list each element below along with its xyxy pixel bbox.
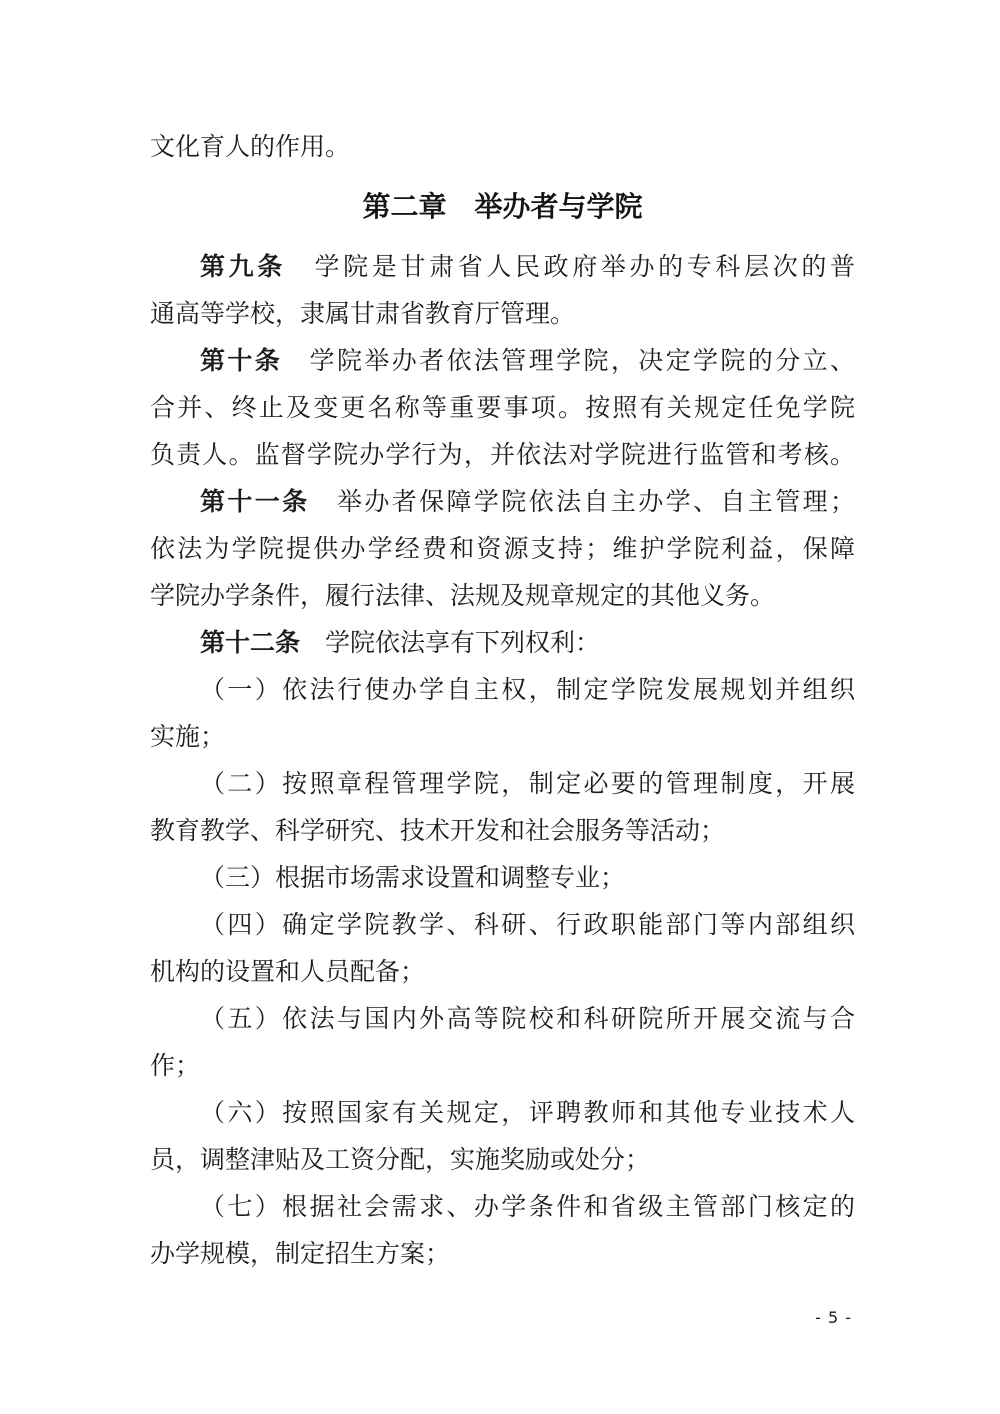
article-10-line1: 第十条 学院举办者依法管理学院，决定学院的分立、 [150, 338, 855, 385]
article-11-line1: 第十一条 举办者保障学院依法自主办学、自主管理； [150, 479, 855, 526]
item-1-line2: 实施； [150, 714, 855, 761]
item-4-line2: 机构的设置和人员配备； [150, 949, 855, 996]
item-1-line1: （一）依法行使办学自主权，制定学院发展规划并组织 [150, 667, 855, 714]
article-10-line3: 负责人。监督学院办学行为，并依法对学院进行监管和考核。 [150, 432, 855, 479]
item-7-line2-text: 办学规模，制定招生方案； [150, 1241, 450, 1268]
chapter-heading: 第二章 举办者与学院 [150, 183, 855, 230]
article-11-line2-text: 依法为学院提供办学经费和资源支持；维护学院利益，保障 [150, 536, 855, 563]
item-7-line1: （七）根据社会需求、办学条件和省级主管部门核定的 [150, 1184, 855, 1231]
continuation-text: 文化育人的作用。 [150, 134, 350, 161]
item-5-line1-text: （五）依法与国内外高等院校和科研院所开展交流与合 [200, 1006, 855, 1033]
article-12-intro: 第十二条 学院依法享有下列权利： [150, 620, 855, 667]
article-10-line3-text: 负责人。监督学院办学行为，并依法对学院进行监管和考核。 [150, 442, 855, 469]
item-4-line1: （四）确定学院教学、科研、行政职能部门等内部组织 [150, 902, 855, 949]
article-10-line2-text: 合并、终止及变更名称等重要事项。按照有关规定任免学院 [150, 395, 855, 422]
article-10-line2: 合并、终止及变更名称等重要事项。按照有关规定任免学院 [150, 385, 855, 432]
article-9-line1-text: 学院是甘肃省人民政府举办的专科层次的普 [286, 254, 855, 281]
article-12-number-label: 第十二条 [200, 629, 300, 657]
item-2-line1: （二）按照章程管理学院，制定必要的管理制度，开展 [150, 761, 855, 808]
item-4-line1-text: （四）确定学院教学、科研、行政职能部门等内部组织 [200, 912, 855, 939]
item-2-line2-text: 教育教学、科学研究、技术开发和社会服务等活动； [150, 818, 725, 845]
document-page: 文化育人的作用。 第二章 举办者与学院 第九条 学院是甘肃省人民政府举办的专科层… [0, 0, 1000, 1414]
item-2-line1-text: （二）按照章程管理学院，制定必要的管理制度，开展 [200, 771, 855, 798]
item-7-line1-text: （七）根据社会需求、办学条件和省级主管部门核定的 [200, 1194, 855, 1221]
article-11-line3-text: 学院办学条件，履行法律、法规及规章规定的其他义务。 [150, 583, 775, 610]
item-2-line2: 教育教学、科学研究、技术开发和社会服务等活动； [150, 808, 855, 855]
item-1-line2-text: 实施； [150, 724, 225, 751]
article-9-line2-text: 通高等学校，隶属甘肃省教育厅管理。 [150, 301, 575, 328]
article-9-line2: 通高等学校，隶属甘肃省教育厅管理。 [150, 291, 855, 338]
item-4-line2-text: 机构的设置和人员配备； [150, 959, 425, 986]
item-7-line2: 办学规模，制定招生方案； [150, 1231, 855, 1278]
item-6-line2-text: 员，调整津贴及工资分配，实施奖励或处分； [150, 1147, 650, 1174]
item-5-line2: 作； [150, 1043, 855, 1090]
item-5-line1: （五）依法与国内外高等院校和科研院所开展交流与合 [150, 996, 855, 1043]
article-11-line3: 学院办学条件，履行法律、法规及规章规定的其他义务。 [150, 573, 855, 620]
item-6-line1-text: （六）按照国家有关规定，评聘教师和其他专业技术人 [200, 1100, 855, 1127]
continuation-line: 文化育人的作用。 [150, 124, 855, 171]
article-10-line1-text: 学院举办者依法管理学院，决定学院的分立、 [282, 348, 855, 375]
article-11-line1-text: 举办者保障学院依法自主办学、自主管理； [310, 489, 855, 516]
article-10-number-label: 第十条 [200, 347, 282, 375]
article-9-line1: 第九条 学院是甘肃省人民政府举办的专科层次的普 [150, 244, 855, 291]
article-11-line2: 依法为学院提供办学经费和资源支持；维护学院利益，保障 [150, 526, 855, 573]
item-1-line1-text: （一）依法行使办学自主权，制定学院发展规划并组织 [200, 677, 855, 704]
article-12-intro-text: 学院依法享有下列权利： [300, 630, 600, 657]
item-6-line2: 员，调整津贴及工资分配，实施奖励或处分； [150, 1137, 855, 1184]
item-3-line: （三）根据市场需求设置和调整专业； [150, 855, 855, 902]
item-5-line2-text: 作； [150, 1053, 200, 1080]
article-11-number-label: 第十一条 [200, 488, 310, 516]
page-number: - 5 - [815, 1306, 852, 1330]
article-9-number-label: 第九条 [200, 253, 286, 281]
item-6-line1: （六）按照国家有关规定，评聘教师和其他专业技术人 [150, 1090, 855, 1137]
document-body: 文化育人的作用。 第二章 举办者与学院 第九条 学院是甘肃省人民政府举办的专科层… [150, 124, 855, 1278]
item-3-text: （三）根据市场需求设置和调整专业； [200, 865, 625, 892]
